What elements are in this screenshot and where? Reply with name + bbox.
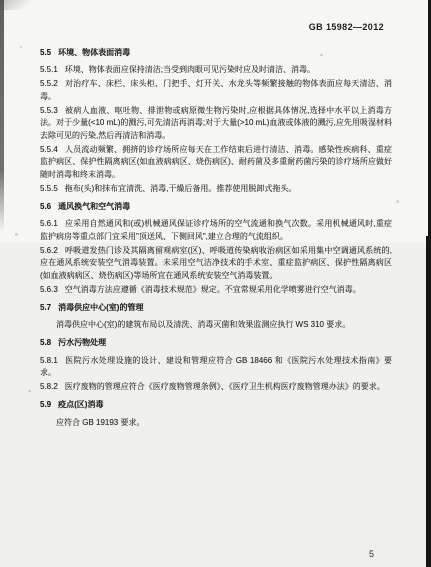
clause-item: 5.5.5拖布(头)和抹布宜清洗、消毒,干燥后备用。推荐使用脱卸式拖头。 <box>40 183 392 196</box>
section-heading: 5.5环境、物体表面消毒 <box>40 47 392 60</box>
clause-number: 5.8.2 <box>40 382 65 391</box>
scan-speckle <box>20 46 22 48</box>
clause-text: 环境、物体表面消毒 <box>58 48 130 57</box>
clause-number: 5.5.1 <box>40 65 65 74</box>
clause-text: 应符合 GB 19193 要求。 <box>56 418 144 427</box>
clause-text: 空气消毒方法应遵循《消毒技术规范》规定。不宜常规采用化学喷雾进行空气消毒。 <box>65 285 361 294</box>
section-heading: 5.6通风换气和空气消毒 <box>40 201 392 214</box>
clause-text: 医院污水处理设施的设计、建设和管理应符合 GB 18466 和《医院污水处理技术… <box>40 356 392 378</box>
clause-number: 5.8.1 <box>40 356 65 365</box>
clause-number: 5.7 <box>40 303 58 312</box>
standard-code: GB 15982—2012 <box>309 22 384 32</box>
clause-item: 5.5.2对治疗车、床栏、床头柜、门把手、灯开关、水龙头等频繁接触的物体表面应每… <box>40 78 392 103</box>
clause-text: 疫点(区)消毒 <box>58 400 103 409</box>
clause-text: 环境、物体表面应保持清洁;当受到肉眼可见污染时应及时清洁、消毒。 <box>65 65 315 74</box>
scan-speckle <box>28 390 31 392</box>
clause-item: 5.5.3被病人血液、呕吐物、排泄物或病原微生物污染时,应根据具体情况,选择中水… <box>40 105 392 143</box>
clause-number: 5.6 <box>40 202 58 211</box>
scan-speckle <box>396 200 399 203</box>
clause-body: 应符合 GB 19193 要求。 <box>40 417 392 430</box>
clause-text: 人员流动频繁、拥挤的诊疗场所应每天在工作结束后进行清洁、消毒。感染性疾病科、重症… <box>40 145 392 179</box>
clause-text: 被病人血液、呕吐物、排泄物或病原微生物污染时,应根据具体情况,选择中水平以上消毒… <box>40 106 392 140</box>
section-heading: 5.8污水污物处理 <box>40 337 392 350</box>
clause-text: 应采用自然通风和(或)机械通风保证诊疗场所的空气流通和换气次数。采用机械通风时,… <box>40 219 392 241</box>
clause-number: 5.5.4 <box>40 145 65 154</box>
scan-speckle <box>15 233 18 236</box>
clause-number: 5.6.3 <box>40 285 65 294</box>
section-heading: 5.9疫点(区)消毒 <box>40 399 392 412</box>
clause-text: 通风换气和空气消毒 <box>58 202 130 211</box>
section-heading: 5.7消毒供应中心(室)的管理 <box>40 302 392 315</box>
clause-number: 5.9 <box>40 400 58 409</box>
clause-text: 消毒供应中心(室)的建筑布局以及清洗、消毒灭菌和效果监测应执行 WS 310 要… <box>56 320 350 329</box>
clause-number: 5.6.2 <box>40 246 65 255</box>
document-page: GB 15982—2012 5.5环境、物体表面消毒5.5.1环境、物体表面应保… <box>0 0 431 567</box>
clause-text: 污水污物处理 <box>58 338 106 347</box>
clause-number: 5.6.1 <box>40 219 65 228</box>
clause-text: 拖布(头)和抹布宜清洗、消毒,干燥后备用。推荐使用脱卸式拖头。 <box>65 184 297 193</box>
scan-edge-right-step <box>426 0 428 236</box>
clause-text: 呼吸道发热门诊及其隔离留观病室(区)、呼吸道传染病收治病区如采用集中空调通风系统… <box>40 246 392 280</box>
clause-item: 5.6.1应采用自然通风和(或)机械通风保证诊疗场所的空气流通和换气次数。采用机… <box>40 218 392 243</box>
page-number: 5 <box>369 549 374 559</box>
clause-item: 5.6.2呼吸道发热门诊及其隔离留观病室(区)、呼吸道传染病收治病区如采用集中空… <box>40 245 392 283</box>
clause-item: 5.8.2医疗废物的管理应符合《医疗废物管理条例》、《医疗卫生机构医疗废物管理办… <box>40 381 392 394</box>
clause-body: 消毒供应中心(室)的建筑布局以及清洗、消毒灭菌和效果监测应执行 WS 310 要… <box>40 319 392 332</box>
clause-text: 医疗废物的管理应符合《医疗废物管理条例》、《医疗卫生机构医疗废物管理办法》的要求… <box>65 382 385 391</box>
clause-text: 消毒供应中心(室)的管理 <box>58 303 143 312</box>
clause-item: 5.5.4人员流动频繁、拥挤的诊疗场所应每天在工作结束后进行清洁、消毒。感染性疾… <box>40 144 392 182</box>
clause-number: 5.5.2 <box>40 79 65 88</box>
clause-number: 5.5.5 <box>40 184 65 193</box>
clause-item: 5.6.3空气消毒方法应遵循《消毒技术规范》规定。不宜常规采用化学喷雾进行空气消… <box>40 284 392 297</box>
scan-corner-shade <box>0 0 38 10</box>
scan-edge-left <box>0 0 4 235</box>
clause-number: 5.5.3 <box>40 106 65 115</box>
content: 5.5环境、物体表面消毒5.5.1环境、物体表面应保持清洁;当受到肉眼可见污染时… <box>40 41 392 434</box>
clause-item: 5.8.1医院污水处理设施的设计、建设和管理应符合 GB 18466 和《医院污… <box>40 355 392 380</box>
clause-item: 5.5.1环境、物体表面应保持清洁;当受到肉眼可见污染时应及时清洁、消毒。 <box>40 64 392 77</box>
clause-number: 5.5 <box>40 48 58 57</box>
clause-text: 对治疗车、床栏、床头柜、门把手、灯开关、水龙头等频繁接触的物体表面应每天清洁、消… <box>40 79 392 101</box>
clause-number: 5.8 <box>40 338 58 347</box>
